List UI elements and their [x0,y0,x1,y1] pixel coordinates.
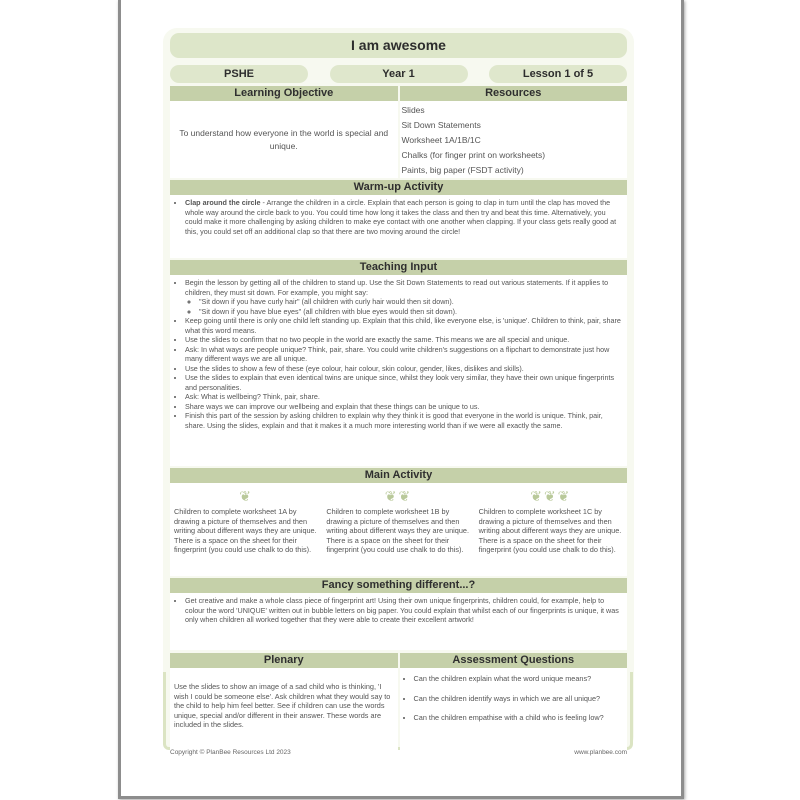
learning-objective-text: To understand how everyone in the world … [170,101,398,178]
leaf-icon: ❦❦ [326,485,470,507]
fancy-body: Get creative and make a whole class piec… [170,593,627,650]
teaching-item: Share ways we can improve our wellbeing … [185,402,621,412]
lesson-plan: I am awesome PSHE Year 1 Lesson 1 of 5 L… [170,33,627,754]
resources-section: Resources Slides Sit Down Statements Wor… [400,86,628,178]
website-link[interactable]: www.planbee.com [574,749,627,756]
main-activity-section: Main Activity ❦ Children to complete wor… [170,468,627,576]
warm-up-body: Clap around the circle - Arrange the chi… [170,195,627,258]
assessment-item: Can the children empathise with a child … [414,713,624,723]
activity-column-1c: ❦❦❦ Children to complete worksheet 1C by… [475,483,627,576]
teaching-input-body: Begin the lesson by getting all of the c… [170,275,627,466]
teaching-item: Finish this part of the session by askin… [185,411,621,430]
warm-up-heading: Warm-up Activity [170,180,627,195]
assessment-item: Can the children identify ways in which … [414,694,624,704]
plenary-assessment-row: Plenary Use the slides to show an image … [170,653,627,754]
teaching-input-heading: Teaching Input [170,260,627,275]
learning-objective-body: To understand how everyone in the world … [176,127,392,153]
copyright-text: Copyright © PlanBee Resources Ltd 2023 [170,749,291,756]
objective-resources-row: Learning Objective To understand how eve… [170,86,627,178]
fancy-heading: Fancy something different...? [170,578,627,593]
assessment-list: Can the children explain what the word u… [400,668,628,754]
teaching-item: Ask: In what ways are people unique? Thi… [185,345,621,364]
teaching-item: Use the slides to confirm that no two pe… [185,335,621,345]
activity-column-1b: ❦❦ Children to complete worksheet 1B by … [322,483,474,576]
activity-column-1a: ❦ Children to complete worksheet 1A by d… [170,483,322,576]
teaching-item-text: Begin the lesson by getting all of the c… [185,278,608,297]
activity-text: Children to complete worksheet 1A by dra… [174,507,318,555]
assessment-section: Assessment Questions Can the children ex… [400,653,628,754]
resource-item: Sit Down Statements [402,118,628,133]
fancy-section: Fancy something different...? Get creati… [170,578,627,650]
teaching-item: Use the slides to show a few of these (e… [185,364,621,374]
activity-text: Children to complete worksheet 1B by dra… [326,507,470,555]
resource-item: Slides [402,103,628,118]
teaching-item: Use the slides to explain that even iden… [185,373,621,392]
subject-pill: PSHE [170,65,308,83]
lesson-title: I am awesome [170,33,627,58]
teaching-input-section: Teaching Input Begin the lesson by getti… [170,260,627,466]
learning-objective-section: Learning Objective To understand how eve… [170,86,398,178]
teaching-sub-item: "Sit down if you have curly hair" (all c… [199,297,621,307]
warm-up-lead: Clap around the circle [185,198,261,207]
activity-text: Children to complete worksheet 1C by dra… [479,507,623,555]
leaf-icon: ❦❦❦ [479,485,623,507]
page-footer: Copyright © PlanBee Resources Ltd 2023 w… [170,749,627,756]
teaching-sub-item: "Sit down if you have blue eyes" (all ch… [199,307,621,317]
resources-cell: Slides Sit Down Statements Worksheet 1A/… [400,101,628,178]
lesson-number-pill: Lesson 1 of 5 [489,65,627,83]
main-activity-heading: Main Activity [170,468,627,483]
lesson-meta: PSHE Year 1 Lesson 1 of 5 [170,65,627,83]
fancy-item: Get creative and make a whole class piec… [185,596,621,625]
resources-list: Slides Sit Down Statements Worksheet 1A/… [400,101,628,178]
teaching-item: Ask: What is wellbeing? Think, pair, sha… [185,392,621,402]
plenary-body: Use the slides to show an image of a sad… [170,668,398,754]
teaching-item: Begin the lesson by getting all of the c… [185,278,621,316]
plenary-section: Plenary Use the slides to show an image … [170,653,398,754]
plenary-heading: Plenary [170,653,398,668]
resource-item: Worksheet 1A/1B/1C [402,133,628,148]
learning-objective-heading: Learning Objective [170,86,398,101]
assessment-item: Can the children explain what the word u… [414,674,624,684]
leaf-icon: ❦ [174,485,318,507]
resource-item: Chalks (for finger print on worksheets) [402,148,628,163]
resource-item: Paints, big paper (FSDT activity) [402,163,628,178]
resources-heading: Resources [400,86,628,101]
teaching-item: Keep going until there is only one child… [185,316,621,335]
warm-up-item: Clap around the circle - Arrange the chi… [185,198,621,236]
main-activity-columns: ❦ Children to complete worksheet 1A by d… [170,483,627,576]
year-pill: Year 1 [330,65,468,83]
warm-up-section: Warm-up Activity Clap around the circle … [170,180,627,258]
assessment-heading: Assessment Questions [400,653,628,668]
